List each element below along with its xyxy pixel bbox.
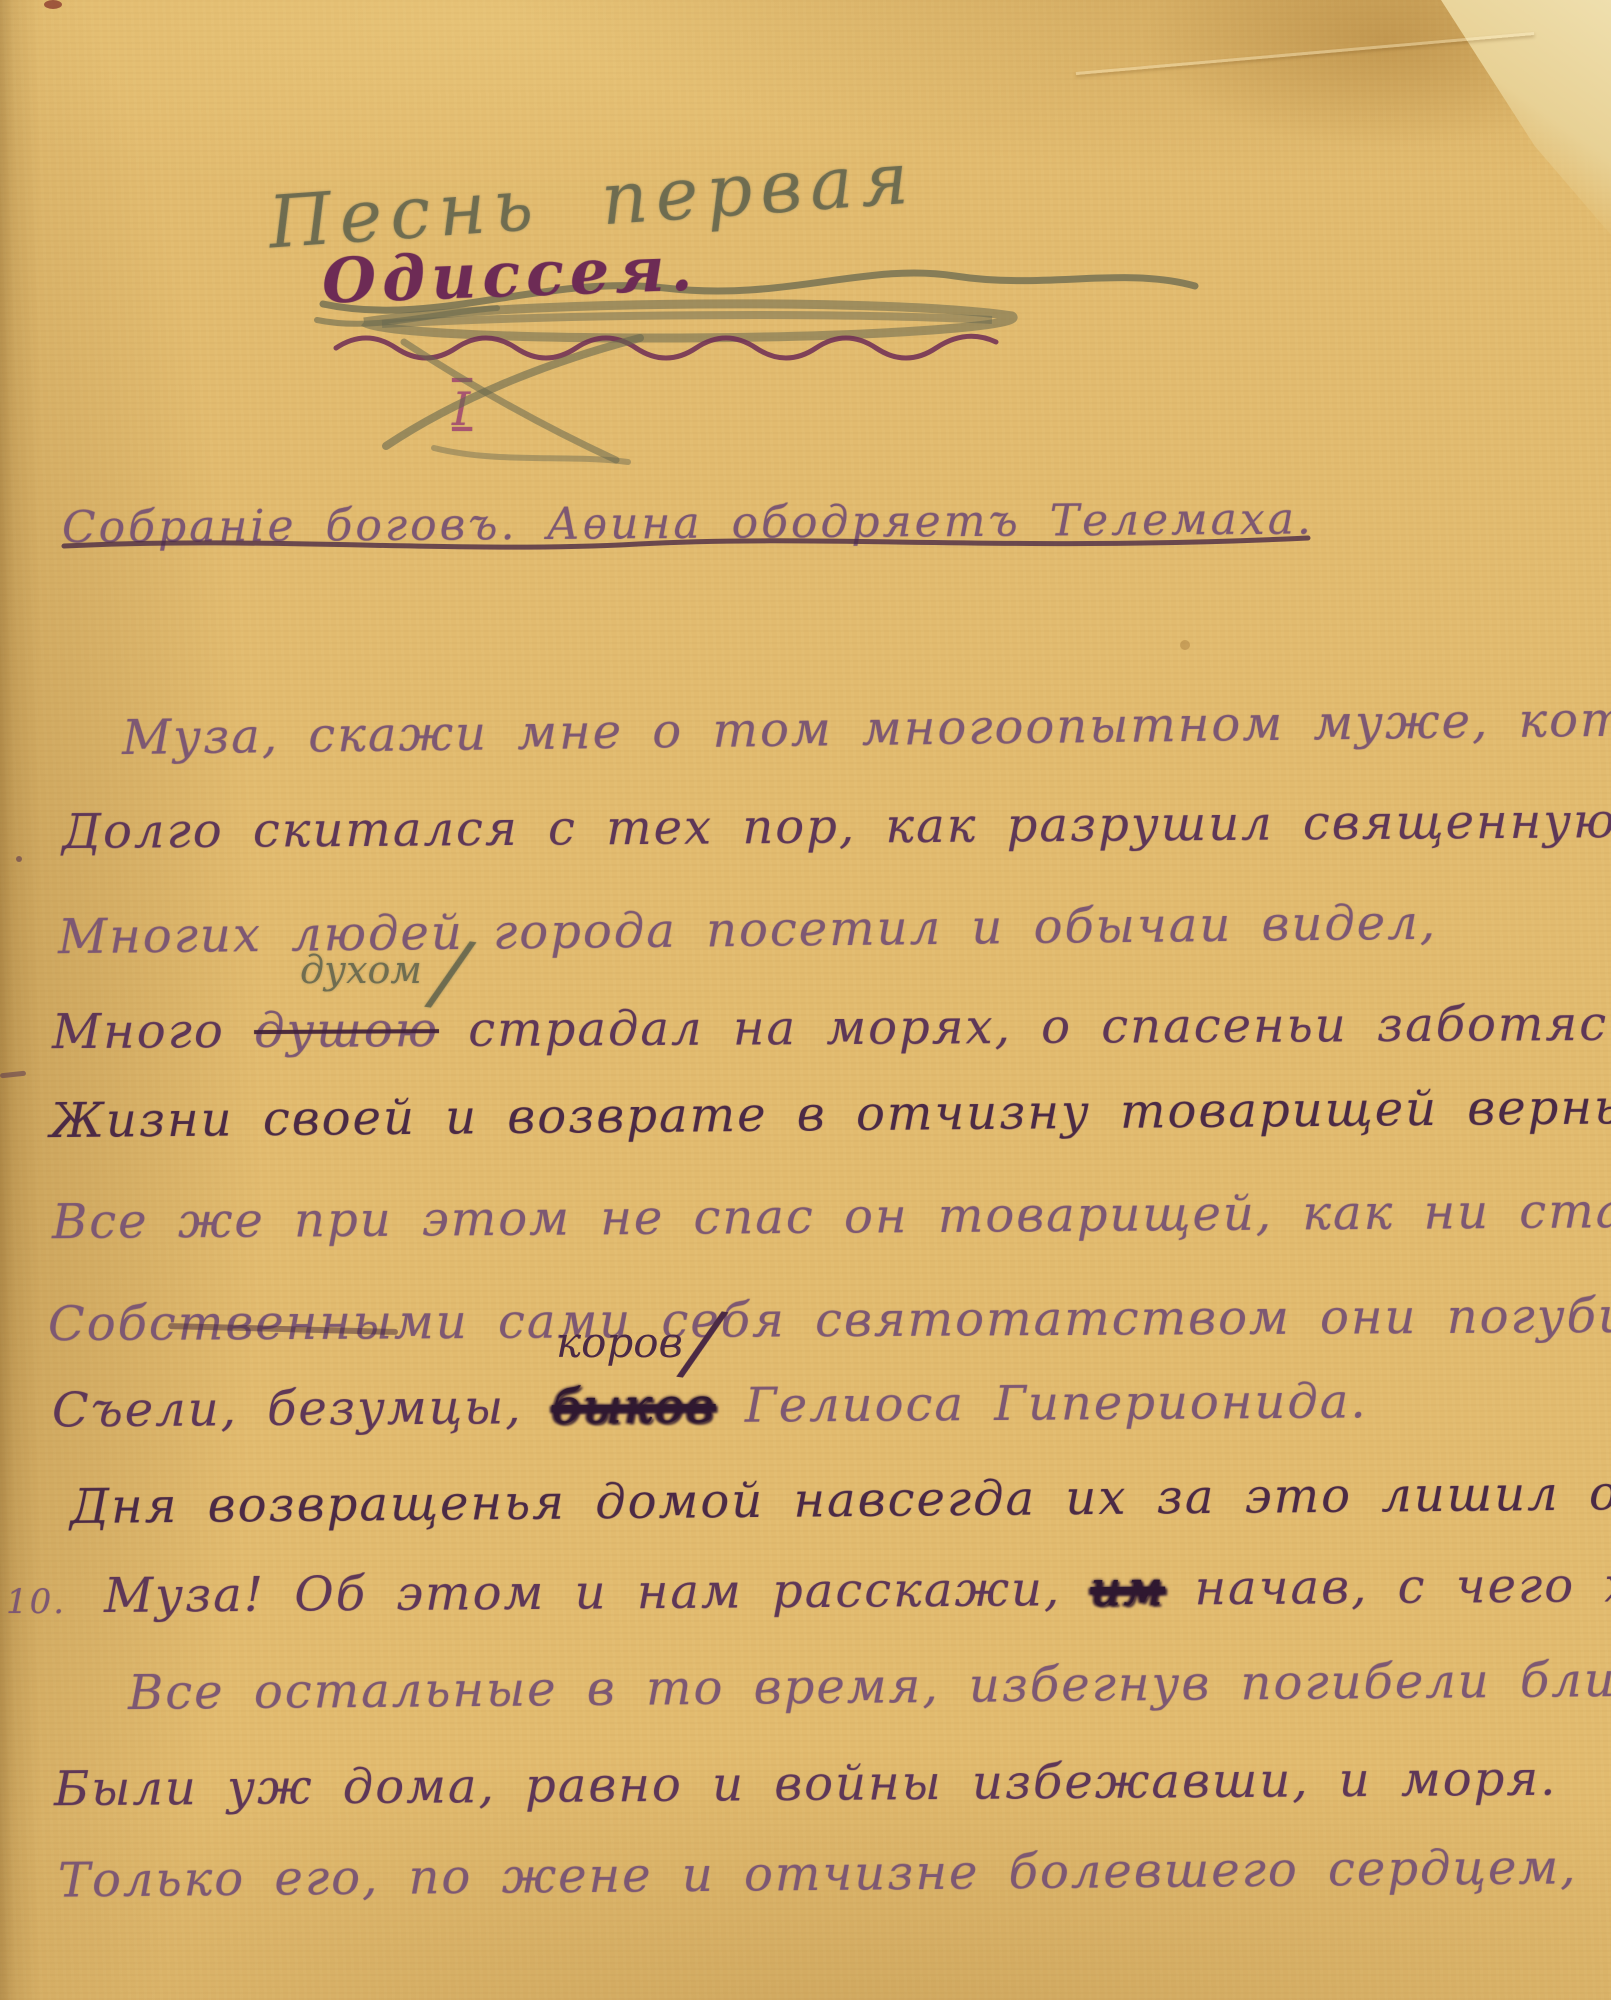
fold-crease-line [1076,32,1535,75]
line4-struck-word: душою [254,1002,439,1059]
margin-tick [0,1071,26,1079]
line8-insert-word: коров [556,1318,683,1367]
poem-line-4: Много душою страдал на морях, о спасеньи… [52,996,1611,1060]
margin-dot [16,856,22,862]
poem-line-10: Муза! Об этом и нам расскажи, им начав, … [104,1556,1611,1624]
line10-post: начав, с чего хочешь. [1194,1556,1611,1616]
line8-post: Гелиоса Гиперионида. [745,1373,1368,1433]
poem-line-2: Долго скитался с тех пор, как разрушил с… [62,792,1611,860]
line10-struck-word: им [1090,1561,1165,1618]
pencil-cross-over-numeral [378,328,668,478]
poem-line-1: Муза, скажи мне о том многоопытном муже,… [122,690,1611,766]
line10-pre: Муза! Об этом и нам расскажи, [104,1561,1062,1624]
line7-word: Собственными [48,1294,469,1352]
poem-line-5: Жизни своей и возврате в отчизну товарищ… [50,1079,1611,1149]
poem-line-3: Многих людей города посетил и обычаи вид… [58,895,1438,965]
line4-post: страдал на морях, о спасеньи заботясь [468,996,1611,1058]
stain-spot [1180,640,1190,650]
manuscript-page: Песнь первая Одиссея. I Собраніе боговъ.… [0,0,1611,2000]
poem-line-7: Собственными сами себя святотатством они… [48,1288,1611,1353]
line10-number: 10. [6,1582,66,1622]
ink-speck [44,0,62,9]
line4-insert-word: духом [300,948,422,992]
poem-line-13: Только его, по жене и отчизне болевшего … [58,1839,1578,1908]
line4-pre: Много [52,1003,225,1060]
line8-pre: Съели, безумцы, [52,1379,523,1438]
poem-line-12: Были уж дома, равно и войны избежавши, и… [54,1751,1558,1817]
heading-strike-line [58,524,1318,558]
poem-line-11: Все остальные в то время, избегнув погиб… [128,1651,1611,1721]
poem-line-9: Дня возвращенья домой навсегда их за это… [70,1465,1611,1535]
poem-line-6: Все же при этом не спас он товарищей, ка… [52,1182,1611,1250]
